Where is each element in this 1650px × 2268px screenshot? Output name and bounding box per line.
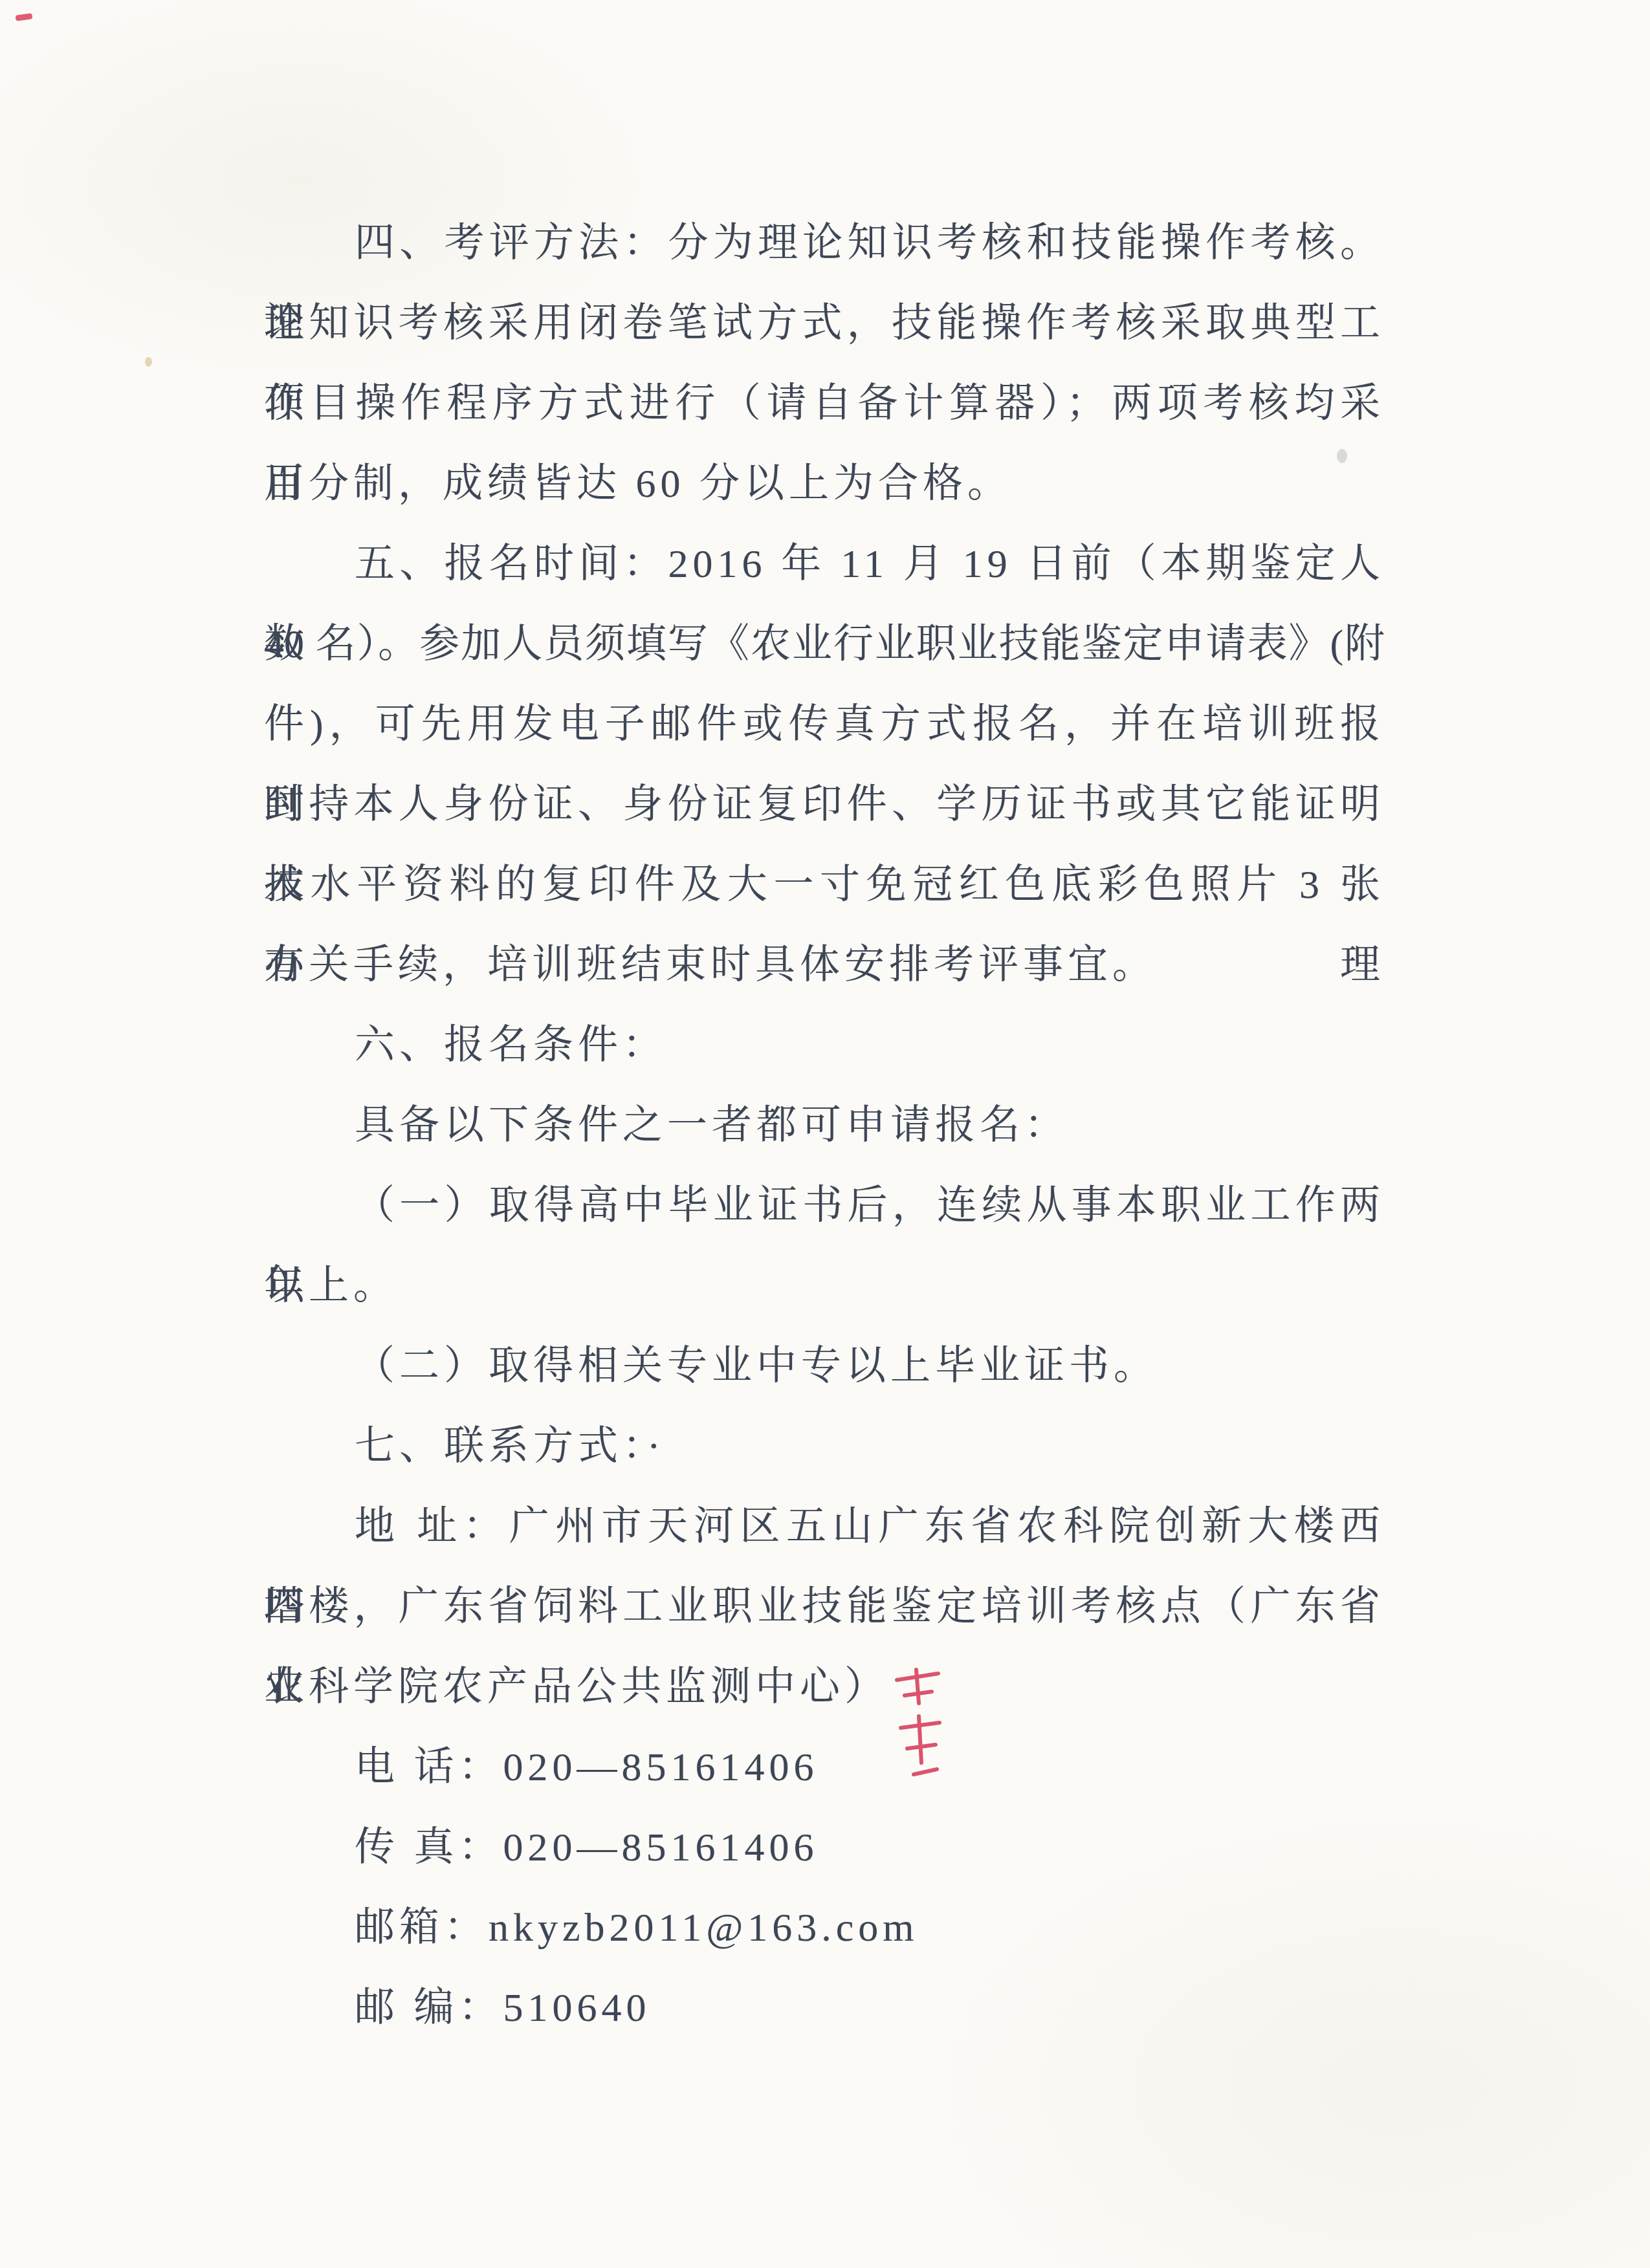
text-line: 时持本人身份证、身份证复印件、学历证书或其它能证明技 (264, 765, 1385, 845)
text-line: 业科学院农产品公共监测中心） (264, 1647, 1385, 1727)
text-line: 四楼，广东省饲料工业职业技能鉴定培训考核点（广东省农 (264, 1567, 1385, 1647)
text-line: 40 名）。参加人员须填写《农业行业职业技能鉴定申请表》(附 (264, 604, 1385, 684)
text-line: 邮 编：510640 (264, 1968, 1385, 2048)
text-line: 传 真：020—85161406 (264, 1807, 1385, 1888)
text-line: 六、报名条件： (264, 1005, 1385, 1085)
red-ink-speck-corner (16, 13, 33, 21)
text-line: 百分制，成绩皆达 60 分以上为合格。 (264, 444, 1385, 524)
text-line: 五、报名时间：2016 年 11 月 19 日前（本期鉴定人数 (264, 524, 1385, 604)
text-line: 件)，可先用发电子邮件或传真方式报名，并在培训班报到 (264, 684, 1385, 765)
paper-smudge (1337, 449, 1347, 463)
document-body: 四、考评方法：分为理论知识考核和技能操作考核。理 论知识考核采用闭卷笔试方式，技… (264, 203, 1385, 2048)
text-line: 以上。 (264, 1246, 1385, 1326)
scanned-document-page: 四、考评方法：分为理论知识考核和技能操作考核。理 论知识考核采用闭卷笔试方式，技… (0, 0, 1650, 2268)
text-line: （一）取得高中毕业证书后，连续从事本职业工作两年 (264, 1166, 1385, 1246)
text-line: 项目操作程序方式进行（请自备计算器）；两项考核均采用 (264, 364, 1385, 444)
text-line: 地 址：广州市天河区五山广东省农科院创新大楼西塔 (264, 1487, 1385, 1567)
text-line: 术水平资料的复印件及大一寸免冠红色底彩色照片 3 张办理 (264, 845, 1385, 925)
text-line: 具备以下条件之一者都可申请报名： (264, 1085, 1385, 1166)
text-line: 论知识考核采用闭卷笔试方式，技能操作考核采取典型工作 (264, 283, 1385, 364)
paper-speck (145, 357, 152, 367)
red-ink-mark (885, 1666, 950, 1792)
text-line: 电 话：020—85161406 (264, 1727, 1385, 1807)
text-line: 邮箱：nkyzb2011@163.com (264, 1888, 1385, 1968)
text-line: 四、考评方法：分为理论知识考核和技能操作考核。理 (264, 203, 1385, 283)
text-line: 七、联系方式：· (264, 1406, 1385, 1487)
text-line: （二）取得相关专业中专以上毕业证书。 (264, 1326, 1385, 1406)
